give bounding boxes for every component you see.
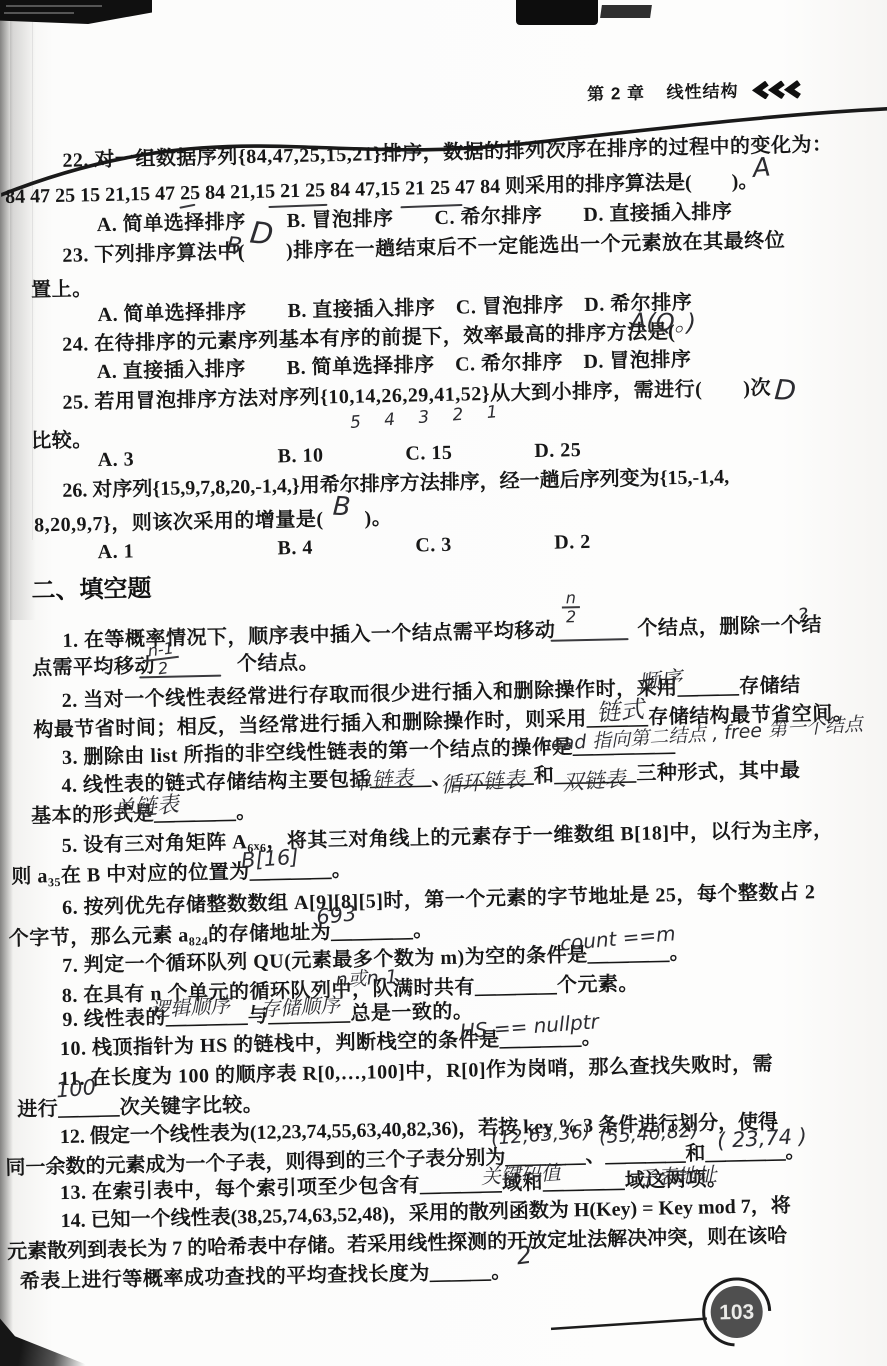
handwritten-answer-f14: 2 <box>515 1244 533 1268</box>
handwritten-answer-f4b: 循环链表 <box>440 768 525 796</box>
scanned-textbook-page: 第 2 章 线性结构 22. 对一组数据序列{84,47,25,15,21}排序… <box>0 0 887 1366</box>
fraction-denominator: 2 <box>562 608 580 625</box>
fill-section-title: 二、填空题 <box>31 568 152 606</box>
handwritten-answer-f13b: 子表地址 <box>636 1163 717 1189</box>
handwritten-fraction-f1b: n-1 2 <box>143 639 181 679</box>
handwritten-fraction-f1a: n 2 <box>562 589 581 625</box>
handwritten-answer-q23-d: D <box>249 222 275 247</box>
q25-line-2: 比较。 <box>31 427 93 454</box>
handwritten-answer-f6: 693 <box>315 902 357 928</box>
f14-line-3: 希表上进行等概率成功查找的平均查找长度为＿＿＿。 <box>20 1259 512 1295</box>
handwritten-answer-q23-b: B <box>225 235 243 258</box>
handwritten-answer-q22: A <box>752 156 772 180</box>
handwritten-answer-f2a: 顺序 <box>637 669 683 696</box>
handwritten-answer-q25: D <box>774 379 797 402</box>
handwritten-answer-f2b: 链式 <box>595 698 645 724</box>
handwritten-answer-q26: B <box>332 496 351 519</box>
page-number-badge: 103 <box>544 1266 816 1364</box>
page-content: 第 2 章 线性结构 22. 对一组数据序列{84,47,25,15,21}排序… <box>0 0 887 1366</box>
handwritten-answer-f9a: 逻辑顺序 <box>150 994 231 1020</box>
f11-line-2: 进行＿＿＿次关键字比较。 <box>17 1092 263 1123</box>
handwritten-answer-f9b: 存储顺序 <box>260 994 341 1020</box>
handwritten-answer-f13a: 关键码值 <box>480 1161 561 1187</box>
handwritten-answer-f4c: 双链表 <box>562 768 626 795</box>
handwritten-answer-f12c: ( 23,74 ) <box>717 1125 808 1152</box>
page-number: 103 <box>719 1301 755 1325</box>
handwritten-margin-mark: ? <box>797 604 808 626</box>
handwritten-answer-f4a: 单链表 <box>350 767 414 794</box>
fraction-numerator: n <box>562 589 581 608</box>
handwritten-answer-f4d: 单链表 <box>112 794 180 822</box>
handwritten-answer-f11: 100 <box>55 1076 97 1102</box>
handwritten-answer-q24: A(Q。) <box>630 311 696 334</box>
handwritten-answer-f8: n或n-1 <box>335 966 398 991</box>
f5-line-2: 则 a₃₅在 B 中对应的位置为＿＿＿＿。 <box>11 857 352 890</box>
q23-line-2: 置上。 <box>31 276 93 303</box>
handwritten-answer-f5: B[16] <box>240 846 299 872</box>
